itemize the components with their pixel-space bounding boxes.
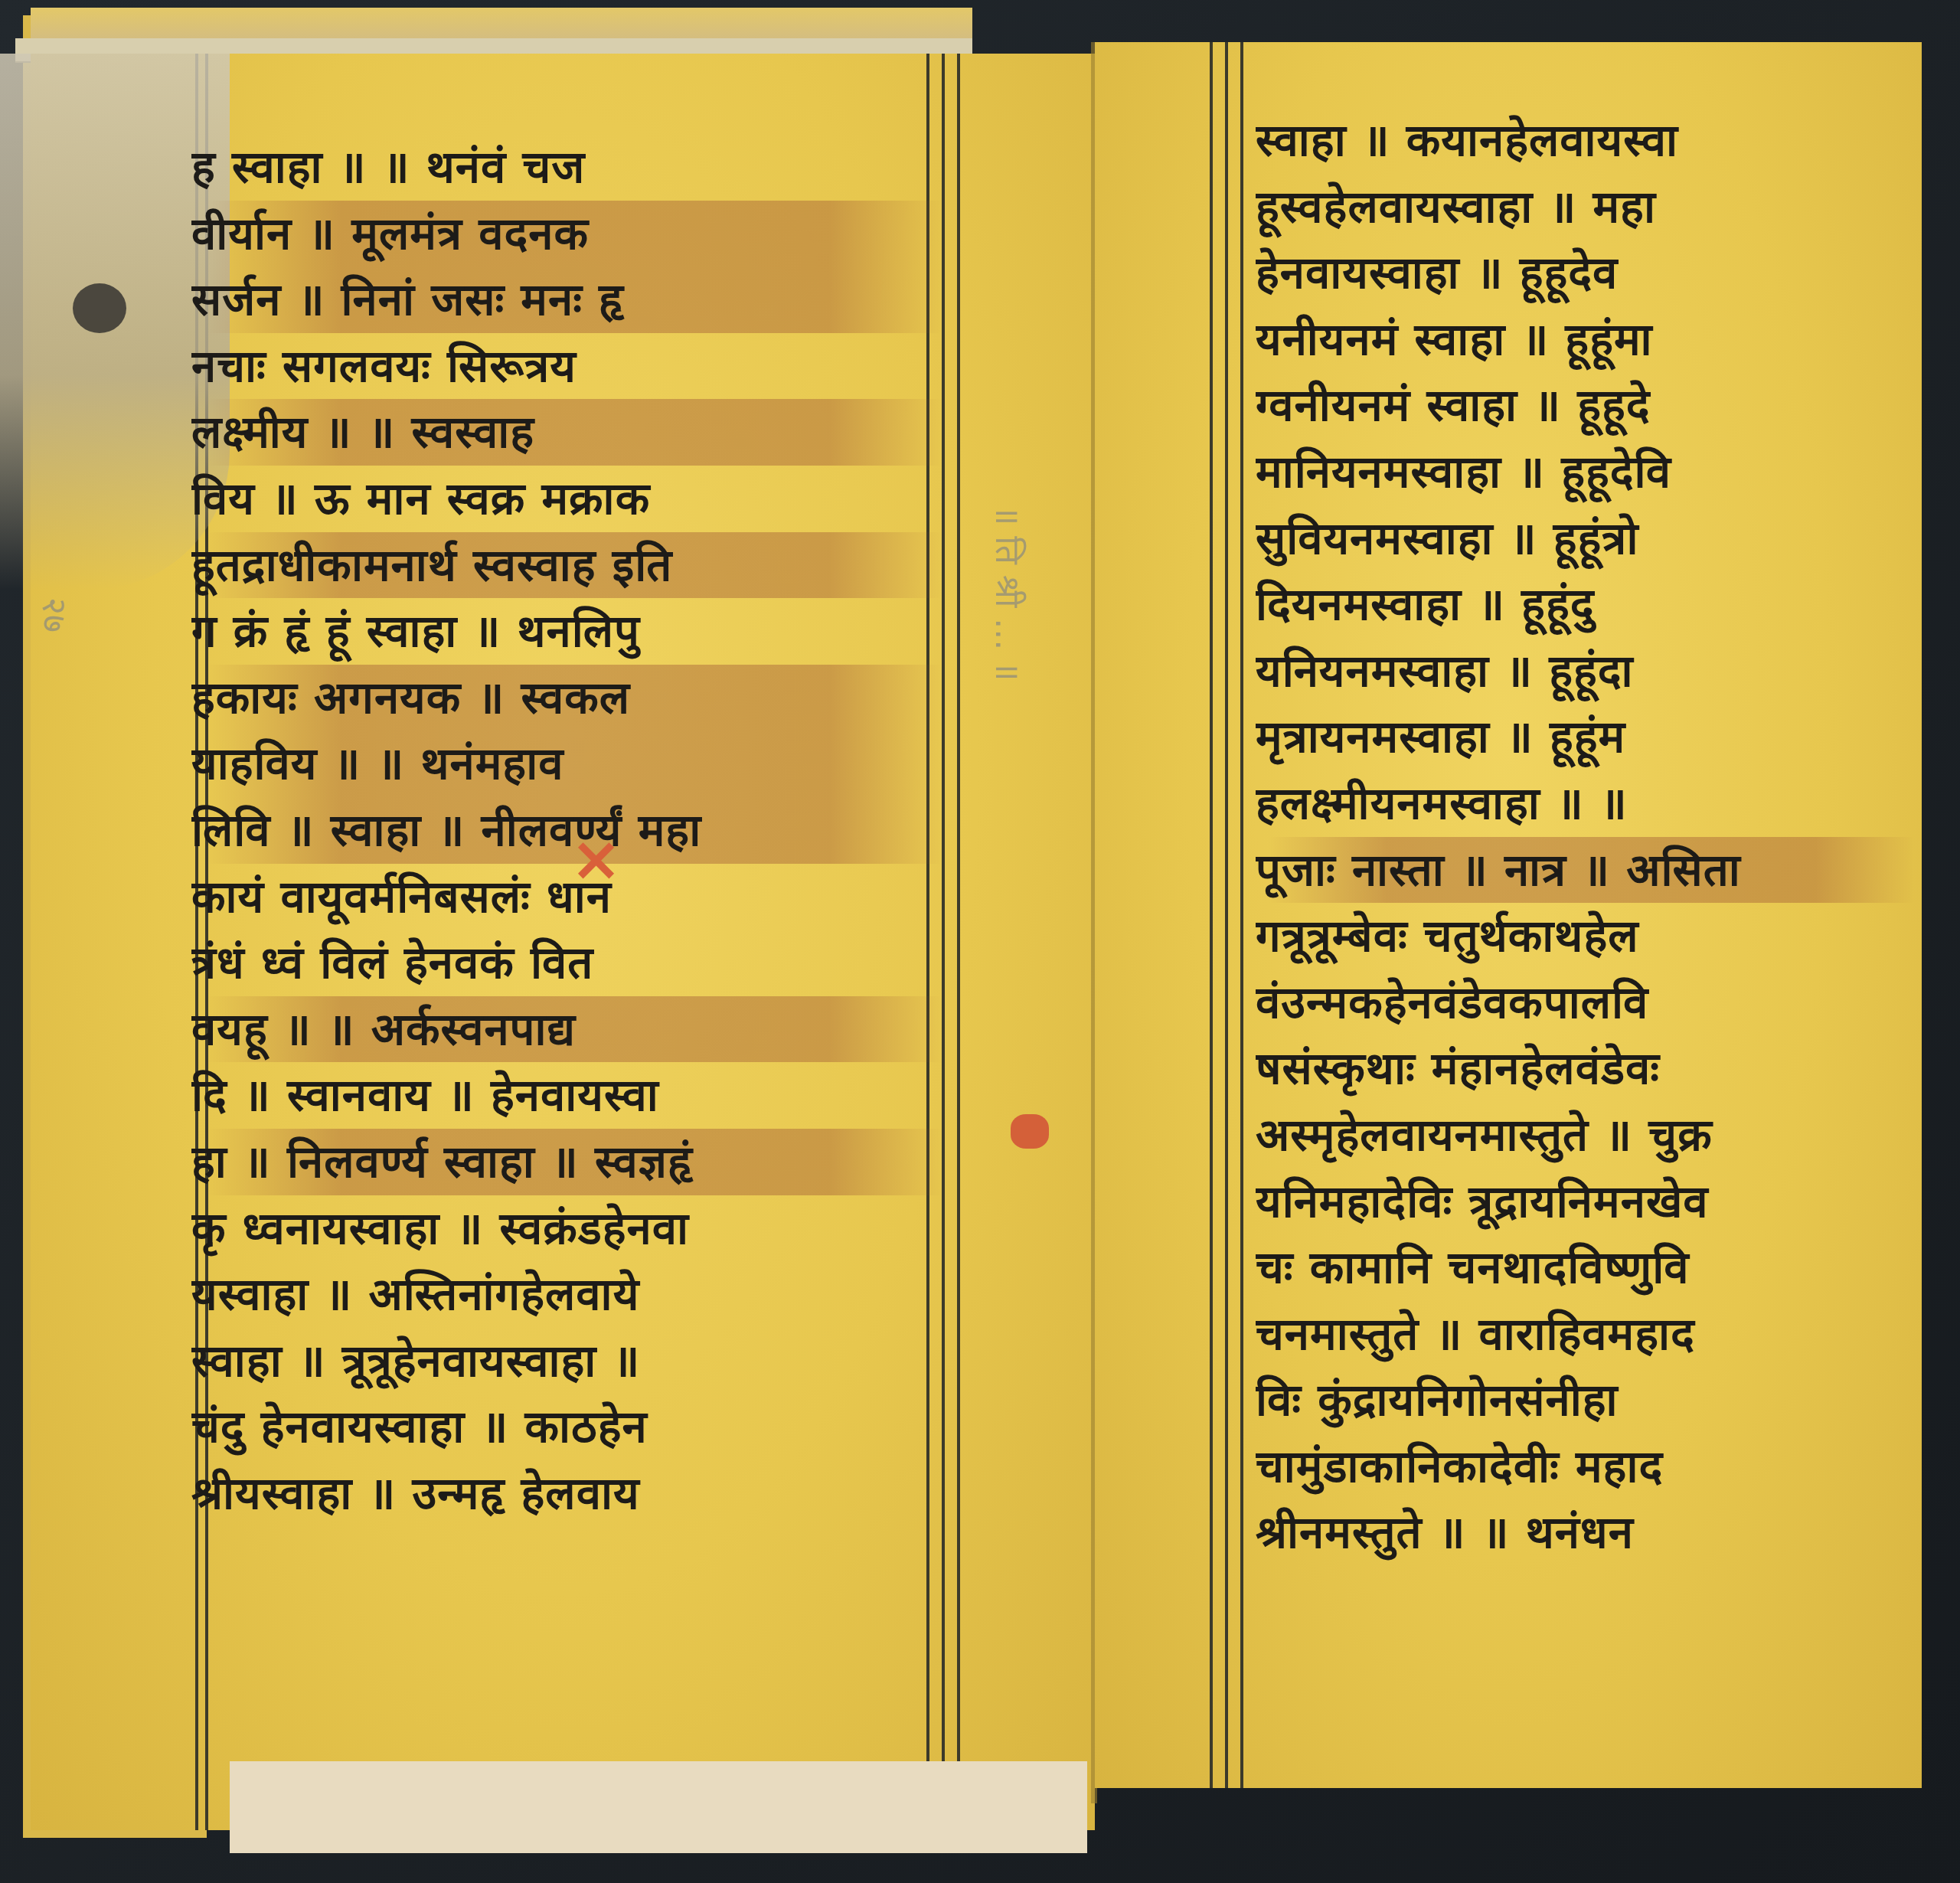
right-page-rule: [1240, 42, 1243, 1788]
text-line: श्रीयस्वाहा ॥ उन्महृ हेलवाय: [191, 1460, 942, 1527]
right-page-text: स्वाहा ॥ कयानहेलवायस्वा हूस्वहेलवायस्वाह…: [1256, 107, 1914, 1566]
text-line: विय ॥ ऊ मान स्वक्र मक्राक: [191, 466, 942, 532]
text-line: षसंस्कृथाः मंहानहेलवंडेवः: [1256, 1035, 1914, 1102]
text-line: हूतद्राधीकामनार्थ स्वस्वाह इति: [191, 532, 942, 599]
text-line: मानियनमस्वाहा ॥ हूहूदेवि: [1256, 439, 1914, 505]
text-line: कृ ध्वनायस्वाहा ॥ स्वक्रंडहेनवा: [191, 1195, 942, 1262]
text-line: गत्रूत्रूम्बेवः चतुर्थकाथहेल: [1256, 903, 1914, 969]
text-line: मृत्रायनमस्वाहा ॥ हूहूंम: [1256, 704, 1914, 770]
left-page-text: ह स्वाहा ॥ ॥ थनंवं चज वीर्यान ॥ मूलमंत्र…: [191, 134, 942, 1526]
text-line: स्वाहा ॥ कयानहेलवायस्वा: [1256, 107, 1914, 174]
text-line: पूजाः नास्ता ॥ नात्र ॥ असिता: [1256, 837, 1914, 904]
text-line: यनियनमस्वाहा ॥ हूहूंदा: [1256, 638, 1914, 704]
text-line: चामुंडाकानिकादेवीः महाद: [1256, 1433, 1914, 1500]
text-line: ग्वनीयनमं स्वाहा ॥ हूहूदे: [1256, 372, 1914, 439]
ink-stain: [73, 283, 126, 333]
red-cross-mark: ×: [570, 823, 622, 894]
left-page-rule: [942, 54, 945, 1830]
text-line: यस्वाहा ॥ अस्तिनांगहेलवाये: [191, 1261, 942, 1328]
text-line: चः कामानि चनथादविष्णुवि: [1256, 1234, 1914, 1301]
text-line: हा ॥ निलवर्ण्य स्वाहा ॥ स्वज्ञहृं: [191, 1129, 942, 1195]
text-line: यनिमहादेविः त्रूद्रायनिमनखेव: [1256, 1169, 1914, 1235]
text-line: विः कुंद्रायनिगोनसंनीहा: [1256, 1367, 1914, 1433]
text-line: हूस्वहेलवायस्वाहा ॥ महा: [1256, 174, 1914, 240]
right-page-rule: [1225, 42, 1228, 1788]
text-line: श्रीनमस्तुते ॥ ॥ थनंधन: [1256, 1499, 1914, 1566]
margin-pencil-note: २७: [31, 597, 77, 633]
text-line: वयहू ॥ ॥ अर्कस्वनपाद्य: [191, 996, 942, 1063]
text-line: सर्जन ॥ निनां जसः मनः हृ: [191, 266, 942, 333]
text-line: हेनवायस्वाहा ॥ हूहूदेव: [1256, 240, 1914, 306]
text-line: यनीयनमं स्वाहा ॥ हूहूंमा: [1256, 306, 1914, 373]
text-line: हकायः अगनयक ॥ स्वकल: [191, 665, 942, 731]
text-line: लक्ष्मीय ॥ ॥ स्वस्वाह: [191, 399, 942, 466]
text-line: नचाः सगलवयः सिरूत्रय: [191, 333, 942, 400]
text-line: वंउन्मकहेनवंडेवकपालवि: [1256, 969, 1914, 1036]
red-ink-blot: [1011, 1114, 1049, 1149]
text-line: लिवि ॥ स्वाहा ॥ नीलवर्ण्यं महा: [191, 797, 942, 864]
text-line: दियनमस्वाहा ॥ हूहूंदु: [1256, 571, 1914, 638]
text-line: ह स्वाहा ॥ ॥ थनंवं चज: [191, 134, 942, 201]
text-line: स्वाहा ॥ त्रूत्रूहेनवायस्वाहा ॥: [191, 1328, 942, 1394]
text-line: दि ॥ स्वानवाय ॥ हेनवायस्वा: [191, 1062, 942, 1129]
text-line: त्रंधं ध्वं विलं हेनवकं वित: [191, 930, 942, 996]
bottom-leaf-edge: [230, 1761, 1087, 1853]
right-page-rule: [1210, 42, 1213, 1788]
text-line: हलक्ष्मीयनमस्वाहा ॥ ॥: [1256, 770, 1914, 837]
text-line: कायं वायूवर्मनिबसलंः धान: [191, 864, 942, 930]
text-line: ग क्रं हृं हूं स्वाहा ॥ थनलिपु: [191, 598, 942, 665]
text-line: वीर्यान ॥ मूलमंत्र वदनक: [191, 201, 942, 267]
text-line: अस्मृहेलवायनमास्तुते ॥ चुक्र: [1256, 1102, 1914, 1169]
text-line: सुवियनमस्वाहा ॥ हूहूंत्रो: [1256, 505, 1914, 572]
text-line: चंदु हेनवायस्वाहा ॥ काठहेन: [191, 1394, 942, 1460]
center-margin-pencil-note: ॥ ति श्री ... ॥: [984, 505, 1030, 682]
text-line: चनमास्तुते ॥ वाराहिवमहाद: [1256, 1301, 1914, 1368]
left-page-rule: [957, 54, 960, 1830]
text-line: याहविय ॥ ॥ थनंमहाव: [191, 731, 942, 797]
